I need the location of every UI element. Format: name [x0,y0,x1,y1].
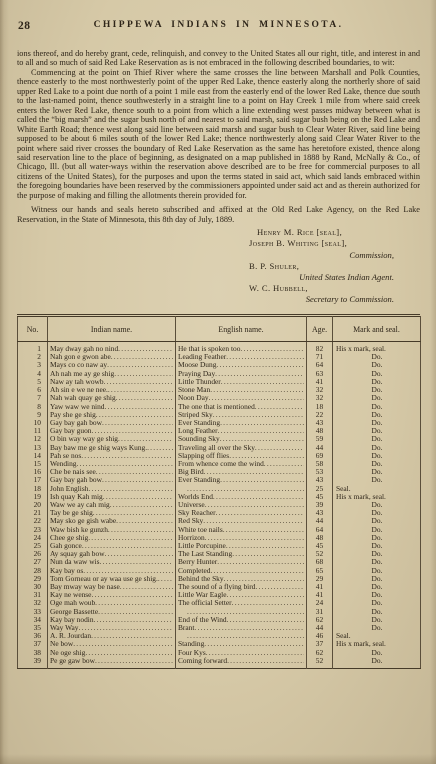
leader-dots [102,476,173,484]
leader-dots [220,476,304,484]
cell-english-name: The official Setter [176,599,307,607]
cell-no: 23 [18,526,48,534]
leader-dots [98,608,173,616]
leader-dots [229,452,304,460]
cell-no: 19 [18,493,48,501]
leader-dots [226,542,304,550]
leader-dots [220,419,304,427]
leader-dots [223,526,304,534]
leader-dots [204,468,304,476]
leader-dots [114,370,173,378]
leader-dots [206,649,304,657]
leader-dots [227,657,304,665]
leader-dots [205,501,304,509]
cell-no: 16 [18,468,48,476]
cell-english-name: End of the Wind [176,616,307,624]
leader-dots [91,427,173,435]
signature-name: Joseph B. Whiting [seal], [249,238,420,249]
cell-no: 27 [18,558,48,566]
leader-dots [232,550,304,558]
leader-dots [111,353,173,361]
leader-dots [187,632,304,640]
cell-no: 6 [18,386,48,394]
paragraph: Commencing at the point on Thief River w… [17,68,420,200]
leader-dots [194,624,304,632]
leader-dots [93,509,173,517]
leader-dots [232,599,304,607]
cell-no: 13 [18,444,48,452]
leader-dots [103,493,173,501]
col-header-no: No. [18,317,48,342]
col-header-mark-seal: Mark and seal. [333,317,421,342]
cell-no: 24 [18,534,48,542]
cell-no: 5 [18,378,48,386]
leader-dots [204,640,304,648]
col-header-age: Age. [307,317,333,342]
leader-dots [255,444,304,452]
leader-dots [255,583,304,591]
roster-header: No. Indian name. English name. Age. Mark… [18,317,421,342]
leader-dots [218,427,304,435]
leader-dots [227,591,304,599]
cell-no: 4 [18,370,48,378]
cell-no: 39 [18,657,48,669]
table-row: 35Way WayBrant44Do. [18,624,421,632]
leader-dots [73,640,173,648]
cell-english-name [176,608,307,616]
cell-no: 8 [18,403,48,411]
cell-no: 9 [18,411,48,419]
cell-no: 20 [18,501,48,509]
cell-no: 35 [18,624,48,632]
leader-dots [77,460,174,468]
col-header-english-name: English name. [176,317,307,342]
leader-dots [216,509,304,517]
leader-dots [85,649,173,657]
cell-age: 52 [307,657,333,669]
table-row: 37Ne bowStanding37His x mark, seal. [18,640,421,648]
leader-dots [83,567,173,575]
cell-no: 31 [18,591,48,599]
leader-dots [88,485,173,493]
cell-indian-name: Pe ge gaw bow [48,657,176,669]
cell-no: 10 [18,419,48,427]
signature-title: Secretary to Commission. [17,294,420,305]
leader-dots [82,542,173,550]
roster-table: No. Indian name. English name. Age. Mark… [17,316,421,669]
leader-dots [81,452,173,460]
leader-dots [116,394,173,402]
leader-dots [99,558,173,566]
cell-no: 32 [18,599,48,607]
roster-body: 1May dway gah no nindHe that is spoken t… [18,342,421,669]
signature-title: Commission, [17,250,420,261]
leader-dots [158,575,173,583]
page-header: 28 CHIPPEWA INDIANS IN MINNESOTA. [17,20,420,36]
cell-no: 26 [18,550,48,558]
leader-dots [217,558,304,566]
cell-no: 34 [18,616,48,624]
leader-dots [104,378,173,386]
cell-english-name: Coming forward [176,657,307,669]
leader-dots [210,386,304,394]
leader-dots [205,534,304,542]
cell-no: 22 [18,517,48,525]
leader-dots [209,394,304,402]
cell-no: 37 [18,640,48,648]
cell-no: 1 [18,342,48,354]
leader-dots [264,460,304,468]
leader-dots [255,403,304,411]
leader-dots [91,591,173,599]
cell-no: 2 [18,353,48,361]
leader-dots [213,493,304,501]
leader-dots [108,386,173,394]
leader-dots [220,435,304,443]
leader-dots [118,345,173,353]
leader-dots [221,378,304,386]
cell-no: 18 [18,485,48,493]
leader-dots [227,616,304,624]
leader-dots [96,468,173,476]
body-paragraphs: ions thereof, and do hereby grant, cede,… [17,49,420,224]
signature-title: United States Indian Agent. [17,272,420,283]
leader-dots [213,411,304,419]
leader-dots [216,361,304,369]
scanned-book-page: 28 CHIPPEWA INDIANS IN MINNESOTA. ions t… [0,0,436,669]
leader-dots [240,345,304,353]
cell-no: 15 [18,460,48,468]
paragraph: ions thereof, and do hereby grant, cede,… [17,49,420,68]
signature-block: Henry M. Rice [seal],Joseph B. Whiting [… [17,227,420,305]
leader-dots [224,575,304,583]
cell-no: 29 [18,575,48,583]
leader-dots [78,624,173,632]
cell-english-name: Ever Standing [176,476,307,484]
leader-dots [96,411,173,419]
signature-name: Henry M. Rice [seal], [257,227,420,238]
signature-name: W. C. Hubbell, [249,283,420,294]
leader-dots [116,517,173,525]
cell-no: 3 [18,361,48,369]
col-header-indian-name: Indian name. [48,317,176,342]
cell-no: 25 [18,542,48,550]
cell-no: 17 [18,476,48,484]
cell-mark-seal: Do. [333,657,421,669]
leader-dots [104,403,173,411]
cell-english-name [176,485,307,493]
leader-dots [203,517,304,525]
leader-dots [118,435,173,443]
cell-no: 33 [18,608,48,616]
cell-no: 14 [18,452,48,460]
leader-dots [88,534,173,542]
leader-dots [110,501,173,509]
leader-dots [187,608,304,616]
leader-dots [105,550,173,558]
cell-no: 36 [18,632,48,640]
cell-english-name: Brant [176,624,307,632]
leader-dots [226,353,304,361]
cell-no: 11 [18,427,48,435]
leader-dots [91,632,173,640]
leader-dots [215,370,304,378]
leader-dots [108,526,173,534]
cell-no: 12 [18,435,48,443]
table-row: 15WendingFrom whence come the wind58Do. [18,460,421,468]
cell-no: 28 [18,567,48,575]
leader-dots [147,444,173,452]
leader-dots [95,657,173,665]
leader-dots [187,485,304,493]
page-number: 28 [18,20,31,32]
running-head: CHIPPEWA INDIANS IN MINNESOTA. [17,20,420,30]
cell-no: 7 [18,394,48,402]
leader-dots [94,616,173,624]
cell-no: 21 [18,509,48,517]
leader-dots [95,599,173,607]
leader-dots [120,583,173,591]
signature-name: B. P. Shuler, [249,261,420,272]
paragraph: Witness our hands and seals hereto subsc… [17,205,420,224]
cell-english-name [176,632,307,640]
table-row: 39Pe ge gaw bowComing forward52Do. [18,657,421,669]
cell-no: 30 [18,583,48,591]
cell-no: 38 [18,649,48,657]
leader-dots [210,567,304,575]
roster-table-wrap: No. Indian name. English name. Age. Mark… [17,314,420,669]
leader-dots [107,361,173,369]
leader-dots [102,419,173,427]
